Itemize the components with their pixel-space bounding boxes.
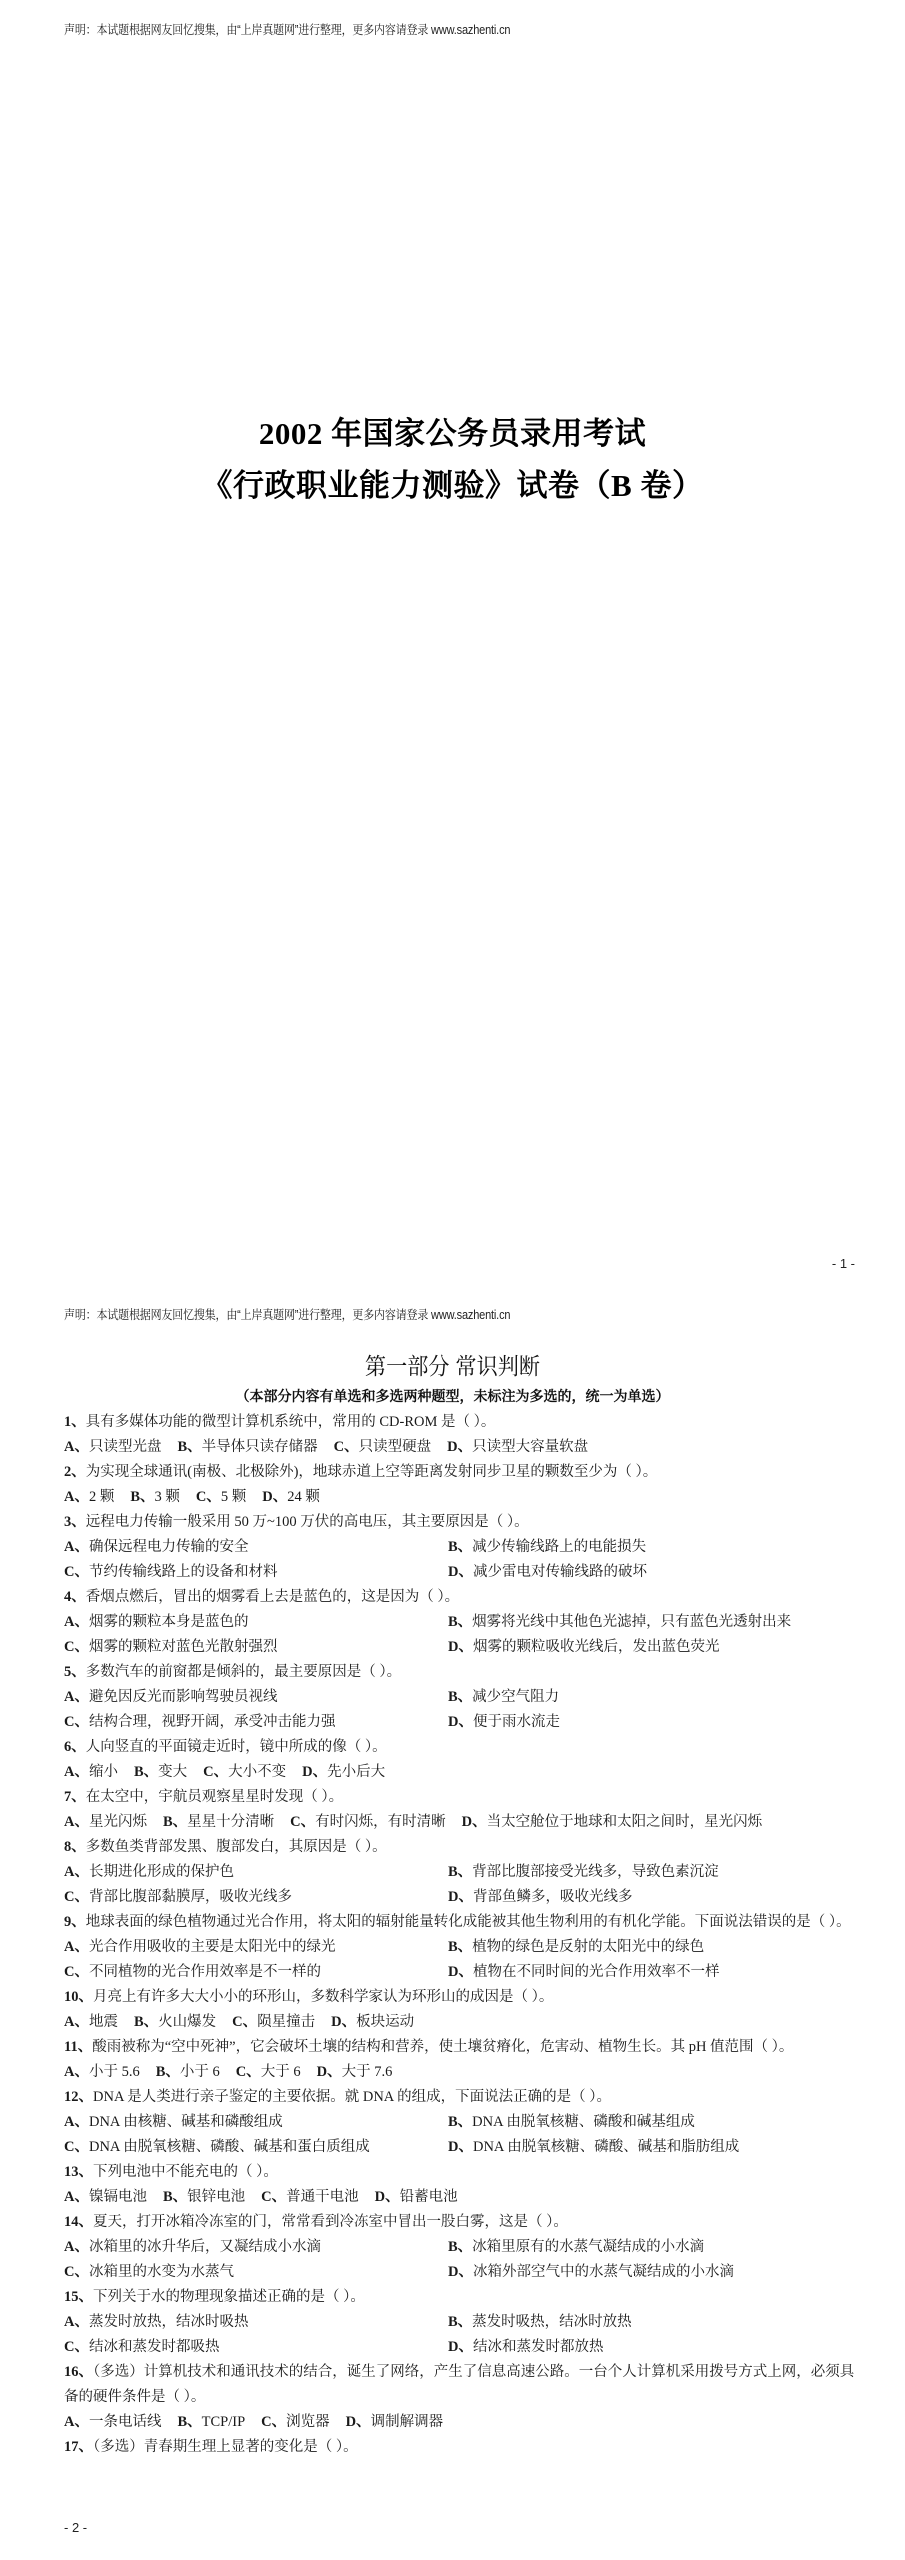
answer-option: A、星光闪烁 bbox=[64, 1810, 147, 1835]
option-text: 冰箱里原有的水蒸气凝结成的小水滴 bbox=[472, 2239, 704, 2255]
question-text: （多选）青春期生理上显著的变化是（ ）。 bbox=[93, 2439, 358, 2455]
option-letter: A、 bbox=[64, 2414, 89, 2430]
option-letter: B、 bbox=[448, 2239, 472, 2255]
question-number: 1、 bbox=[64, 1414, 86, 1430]
option-letter: C、 bbox=[64, 2264, 89, 2280]
option-letter: B、 bbox=[177, 1439, 201, 1455]
answer-option: D、先小后大 bbox=[302, 1760, 385, 1785]
answer-option: B、减少传输线路上的电能损失 bbox=[448, 1535, 832, 1560]
option-text: 调制解调器 bbox=[371, 2414, 444, 2430]
option-text: TCP/IP bbox=[202, 2414, 246, 2430]
question-stem: 10、月亮上有许多大大小小的环形山，多数科学家认为环形山的成因是（ ）。 bbox=[64, 1985, 864, 2010]
option-text: 星星十分清晰 bbox=[187, 1814, 274, 1830]
page-header-disclaimer: 声明：本试题根据网友回忆搜集，由“上岸真题网”进行整理，更多内容请登录 www.… bbox=[64, 1305, 510, 1323]
question-text: DNA 是人类进行亲子鉴定的主要依据。就 DNA 的组成，下面说法正确的是（ ）… bbox=[93, 2089, 611, 2105]
question-number: 5、 bbox=[64, 1664, 86, 1680]
option-text: 先小后大 bbox=[327, 1764, 385, 1780]
option-text: 大于 7.6 bbox=[342, 2064, 393, 2080]
answer-option: C、背部比腹部黏膜厚，吸收光线多 bbox=[64, 1885, 448, 1910]
option-text: 背部比腹部黏膜厚，吸收光线多 bbox=[89, 1889, 292, 1905]
option-text: 结冰和蒸发时都放热 bbox=[473, 2339, 604, 2355]
question-text: 多数鱼类背部发黑、腹部发白，其原因是（ ）。 bbox=[86, 1839, 387, 1855]
question-stem: 5、多数汽车的前窗都是倾斜的，最主要原因是（ ）。 bbox=[64, 1660, 864, 1685]
answer-option: D、背部鱼鳞多，吸收光线多 bbox=[448, 1885, 832, 1910]
answer-option: D、减少雷电对传输线路的破坏 bbox=[448, 1560, 832, 1585]
question-stem: 13、下列电池中不能充电的（ ）。 bbox=[64, 2160, 864, 2185]
answer-option: C、普通干电池 bbox=[261, 2185, 358, 2210]
question-text: 月亮上有许多大大小小的环形山，多数科学家认为环形山的成因是（ ）。 bbox=[93, 1989, 553, 2005]
option-text: 只读型硬盘 bbox=[359, 1439, 432, 1455]
option-text: 冰箱里的水变为水蒸气 bbox=[89, 2264, 234, 2280]
option-text: DNA 由脱氧核糖、磷酸和碱基组成 bbox=[472, 2114, 695, 2130]
question-number: 11、 bbox=[64, 2039, 92, 2055]
answer-option: A、只读型光盘 bbox=[64, 1435, 161, 1460]
answer-option: A、2 颗 bbox=[64, 1485, 114, 1510]
option-letter: D、 bbox=[331, 2014, 356, 2030]
question-stem: 8、多数鱼类背部发黑、腹部发白，其原因是（ ）。 bbox=[64, 1835, 864, 1860]
option-letter: B、 bbox=[177, 2414, 201, 2430]
option-letter: D、 bbox=[448, 1889, 473, 1905]
option-letter: A、 bbox=[64, 1614, 89, 1630]
option-letter: C、 bbox=[334, 1439, 359, 1455]
option-text: 有时闪烁，有时清晰 bbox=[315, 1814, 446, 1830]
option-letter: D、 bbox=[448, 1639, 473, 1655]
question-text: 下列电池中不能充电的（ ）。 bbox=[93, 2164, 278, 2180]
answer-option: C、浏览器 bbox=[261, 2410, 329, 2435]
option-letter: B、 bbox=[448, 1864, 472, 1880]
answer-option: B、星星十分清晰 bbox=[163, 1810, 274, 1835]
question-stem: 16、（多选）计算机技术和通讯技术的结合，诞生了网络，产生了信息高速公路。一台个… bbox=[64, 2360, 864, 2410]
option-letter: D、 bbox=[448, 2264, 473, 2280]
option-letter: C、 bbox=[196, 1489, 221, 1505]
answer-option: C、节约传输线路上的设备和材料 bbox=[64, 1560, 448, 1585]
option-letter: C、 bbox=[64, 1889, 89, 1905]
answer-option: D、植物在不同时间的光合作用效率不一样 bbox=[448, 1960, 832, 1985]
options-row: C、背部比腹部黏膜厚，吸收光线多D、背部鱼鳞多，吸收光线多 bbox=[64, 1885, 864, 1910]
option-letter: D、 bbox=[262, 1489, 287, 1505]
question-number: 14、 bbox=[64, 2214, 93, 2230]
option-text: 24 颗 bbox=[287, 1489, 320, 1505]
option-text: 镍镉电池 bbox=[89, 2189, 147, 2205]
option-letter: B、 bbox=[134, 1764, 158, 1780]
answer-option: A、冰箱里的冰升华后，又凝结成小水滴 bbox=[64, 2235, 448, 2260]
option-letter: B、 bbox=[134, 2014, 158, 2030]
option-text: 普通干电池 bbox=[286, 2189, 359, 2205]
option-text: 地震 bbox=[89, 2014, 118, 2030]
answer-option: A、缩小 bbox=[64, 1760, 118, 1785]
question-number: 16、 bbox=[64, 2364, 93, 2380]
option-letter: A、 bbox=[64, 1489, 89, 1505]
option-letter: D、 bbox=[448, 2139, 473, 2155]
option-letter: A、 bbox=[64, 1939, 89, 1955]
options-row: C、烟雾的颗粒对蓝色光散射强烈D、烟雾的颗粒吸收光线后，发出蓝色荧光 bbox=[64, 1635, 864, 1660]
answer-option: A、长期进化形成的保护色 bbox=[64, 1860, 448, 1885]
option-text: 当太空舱位于地球和太阳之间时，星光闪烁 bbox=[487, 1814, 763, 1830]
options-row: A、地震B、火山爆发C、陨星撞击D、板块运动 bbox=[64, 2010, 864, 2035]
question-number: 7、 bbox=[64, 1789, 86, 1805]
option-text: 烟雾将光线中其他色光滤掉，只有蓝色光透射出来 bbox=[472, 1614, 791, 1630]
option-text: 植物在不同时间的光合作用效率不一样 bbox=[473, 1964, 720, 1980]
answer-option: C、结冰和蒸发时都吸热 bbox=[64, 2335, 448, 2360]
answer-option: A、避免因反光而影响驾驶员视线 bbox=[64, 1685, 448, 1710]
options-row: C、节约传输线路上的设备和材料D、减少雷电对传输线路的破坏 bbox=[64, 1560, 864, 1585]
answer-option: C、只读型硬盘 bbox=[334, 1435, 431, 1460]
option-letter: A、 bbox=[64, 2064, 89, 2080]
answer-option: D、铅蓄电池 bbox=[375, 2185, 458, 2210]
option-text: 背部鱼鳞多，吸收光线多 bbox=[473, 1889, 633, 1905]
answer-option: A、一条电话线 bbox=[64, 2410, 161, 2435]
option-letter: C、 bbox=[64, 2139, 89, 2155]
option-letter: A、 bbox=[64, 2239, 89, 2255]
option-text: 星光闪烁 bbox=[89, 1814, 147, 1830]
option-text: 烟雾的颗粒吸收光线后，发出蓝色荧光 bbox=[473, 1639, 720, 1655]
option-letter: D、 bbox=[346, 2414, 371, 2430]
option-text: 减少雷电对传输线路的破坏 bbox=[473, 1564, 647, 1580]
option-text: 冰箱外部空气中的水蒸气凝结成的小水滴 bbox=[473, 2264, 734, 2280]
option-letter: B、 bbox=[448, 1539, 472, 1555]
question-number: 10、 bbox=[64, 1989, 93, 2005]
question-number: 17、 bbox=[64, 2439, 93, 2455]
answer-option: D、DNA 由脱氧核糖、磷酸、碱基和脂肪组成 bbox=[448, 2135, 832, 2160]
answer-option: B、减少空气阻力 bbox=[448, 1685, 832, 1710]
page-1: 声明：本试题根据网友回忆搜集，由“上岸真题网”进行整理，更多内容请登录 www.… bbox=[0, 0, 905, 1290]
answer-option: B、植物的绿色是反射的太阳光中的绿色 bbox=[448, 1935, 832, 1960]
section-subtitle: （本部分内容有单选和多选两种题型，未标注为多选的，统一为单选） bbox=[0, 1386, 905, 1406]
option-letter: B、 bbox=[130, 1489, 154, 1505]
option-letter: B、 bbox=[448, 2114, 472, 2130]
option-letter: B、 bbox=[163, 1814, 187, 1830]
option-letter: B、 bbox=[448, 1689, 472, 1705]
option-text: 结构合理，视野开阔，承受冲击能力强 bbox=[89, 1714, 336, 1730]
option-text: 背部比腹部接受光线多，导致色素沉淀 bbox=[472, 1864, 719, 1880]
options-row: A、确保远程电力传输的安全B、减少传输线路上的电能损失 bbox=[64, 1535, 864, 1560]
answer-option: D、当太空舱位于地球和太阳之间时，星光闪烁 bbox=[462, 1810, 762, 1835]
options-row: A、小于 5.6B、小于 6C、大于 6D、大于 7.6 bbox=[64, 2060, 864, 2085]
option-letter: C、 bbox=[64, 2339, 89, 2355]
options-row: A、烟雾的颗粒本身是蓝色的B、烟雾将光线中其他色光滤掉，只有蓝色光透射出来 bbox=[64, 1610, 864, 1635]
option-text: 冰箱里的冰升华后，又凝结成小水滴 bbox=[89, 2239, 321, 2255]
question-stem: 14、夏天，打开冰箱冷冻室的门，常常看到冷冻室中冒出一股白雾，这是（ ）。 bbox=[64, 2210, 864, 2235]
answer-option: D、只读型大容量软盘 bbox=[447, 1435, 588, 1460]
option-letter: C、 bbox=[232, 2014, 257, 2030]
question-text: 下列关于水的物理现象描述正确的是（ ）。 bbox=[93, 2289, 365, 2305]
question-text: 具有多媒体功能的微型计算机系统中，常用的 CD-ROM 是（ ）。 bbox=[86, 1414, 496, 1430]
option-letter: A、 bbox=[64, 1864, 89, 1880]
option-text: 板块运动 bbox=[356, 2014, 414, 2030]
option-text: DNA 由脱氧核糖、磷酸、碱基和蛋白质组成 bbox=[89, 2139, 370, 2155]
answer-option: A、镍镉电池 bbox=[64, 2185, 147, 2210]
option-letter: A、 bbox=[64, 1439, 89, 1455]
answer-option: A、地震 bbox=[64, 2010, 118, 2035]
option-letter: D、 bbox=[448, 2339, 473, 2355]
option-letter: C、 bbox=[64, 1714, 89, 1730]
options-row: A、星光闪烁B、星星十分清晰C、有时闪烁，有时清晰D、当太空舱位于地球和太阳之间… bbox=[64, 1810, 864, 1835]
option-letter: D、 bbox=[302, 1764, 327, 1780]
question-number: 8、 bbox=[64, 1839, 86, 1855]
option-text: 光合作用吸收的主要是太阳光中的绿光 bbox=[89, 1939, 336, 1955]
option-letter: A、 bbox=[64, 2189, 89, 2205]
option-text: DNA 由脱氧核糖、磷酸、碱基和脂肪组成 bbox=[473, 2139, 739, 2155]
options-row: A、缩小B、变大C、大小不变D、先小后大 bbox=[64, 1760, 864, 1785]
option-text: 浏览器 bbox=[286, 2414, 330, 2430]
option-text: 半导体只读存储器 bbox=[202, 1439, 318, 1455]
answer-option: B、TCP/IP bbox=[177, 2410, 245, 2435]
question-stem: 2、为实现全球通讯(南极、北极除外)，地球赤道上空等距离发射同步卫星的颗数至少为… bbox=[64, 1460, 864, 1485]
options-row: A、2 颗B、3 颗C、5 颗D、24 颗 bbox=[64, 1485, 864, 1510]
option-text: 大小不变 bbox=[228, 1764, 286, 1780]
answer-option: D、冰箱外部空气中的水蒸气凝结成的小水滴 bbox=[448, 2260, 832, 2285]
answer-option: A、烟雾的颗粒本身是蓝色的 bbox=[64, 1610, 448, 1635]
question-stem: 11、酸雨被称为“空中死神”，它会破坏土壤的结构和营养，使土壤贫瘠化，危害动、植… bbox=[64, 2035, 864, 2060]
question-stem: 6、人向竖直的平面镜走近时，镜中所成的像（ ）。 bbox=[64, 1735, 864, 1760]
question-stem: 17、（多选）青春期生理上显著的变化是（ ）。 bbox=[64, 2435, 864, 2460]
answer-option: C、大于 6 bbox=[236, 2060, 301, 2085]
title-line-1: 2002 年国家公务员录用考试 bbox=[0, 408, 905, 460]
option-letter: D、 bbox=[462, 1814, 487, 1830]
option-text: 小于 6 bbox=[180, 2064, 220, 2080]
question-stem: 3、远程电力传输一般采用 50 万~100 万伏的高电压，其主要原因是（ ）。 bbox=[64, 1510, 864, 1535]
option-text: 缩小 bbox=[89, 1764, 118, 1780]
question-text: 香烟点燃后，冒出的烟雾看上去是蓝色的，这是因为（ ）。 bbox=[86, 1589, 459, 1605]
options-row: C、DNA 由脱氧核糖、磷酸、碱基和蛋白质组成D、DNA 由脱氧核糖、磷酸、碱基… bbox=[64, 2135, 864, 2160]
options-row: C、不同植物的光合作用效率是不一样的D、植物在不同时间的光合作用效率不一样 bbox=[64, 1960, 864, 1985]
options-row: A、避免因反光而影响驾驶员视线B、减少空气阻力 bbox=[64, 1685, 864, 1710]
option-letter: B、 bbox=[448, 1614, 472, 1630]
question-stem: 7、在太空中，宇航员观察星星时发现（ ）。 bbox=[64, 1785, 864, 1810]
option-text: 减少传输线路上的电能损失 bbox=[472, 1539, 646, 1555]
option-letter: A、 bbox=[64, 2314, 89, 2330]
question-number: 4、 bbox=[64, 1589, 86, 1605]
option-text: 蒸发时放热，结冰时吸热 bbox=[89, 2314, 249, 2330]
answer-option: A、DNA 由核糖、碱基和磷酸组成 bbox=[64, 2110, 448, 2135]
section-title: 第一部分 常识判断 bbox=[36, 1348, 869, 1381]
question-text: （多选）计算机技术和通讯技术的结合，诞生了网络，产生了信息高速公路。一台个人计算… bbox=[64, 2364, 854, 2405]
question-text: 多数汽车的前窗都是倾斜的，最主要原因是（ ）。 bbox=[86, 1664, 401, 1680]
answer-option: B、银锌电池 bbox=[163, 2185, 245, 2210]
option-text: 小于 5.6 bbox=[89, 2064, 140, 2080]
answer-option: D、大于 7.6 bbox=[317, 2060, 393, 2085]
answer-option: C、冰箱里的水变为水蒸气 bbox=[64, 2260, 448, 2285]
option-letter: D、 bbox=[448, 1564, 473, 1580]
option-text: 植物的绿色是反射的太阳光中的绿色 bbox=[472, 1939, 704, 1955]
option-letter: C、 bbox=[261, 2189, 286, 2205]
answer-option: C、5 颗 bbox=[196, 1485, 246, 1510]
options-row: A、蒸发时放热，结冰时吸热B、蒸发时吸热，结冰时放热 bbox=[64, 2310, 864, 2335]
question-number: 12、 bbox=[64, 2089, 93, 2105]
option-letter: B、 bbox=[163, 2189, 187, 2205]
answer-option: D、调制解调器 bbox=[346, 2410, 443, 2435]
option-letter: B、 bbox=[156, 2064, 180, 2080]
option-text: 便于雨水流走 bbox=[473, 1714, 560, 1730]
question-number: 15、 bbox=[64, 2289, 93, 2305]
answer-option: B、冰箱里原有的水蒸气凝结成的小水滴 bbox=[448, 2235, 832, 2260]
page-number: - 1 - bbox=[832, 1256, 855, 1271]
answer-option: B、变大 bbox=[134, 1760, 187, 1785]
option-letter: C、 bbox=[64, 1564, 89, 1580]
option-letter: C、 bbox=[236, 2064, 261, 2080]
question-stem: 15、下列关于水的物理现象描述正确的是（ ）。 bbox=[64, 2285, 864, 2310]
question-stem: 12、DNA 是人类进行亲子鉴定的主要依据。就 DNA 的组成，下面说法正确的是… bbox=[64, 2085, 864, 2110]
answer-option: B、小于 6 bbox=[156, 2060, 220, 2085]
answer-option: B、蒸发时吸热，结冰时放热 bbox=[448, 2310, 832, 2335]
page-header-disclaimer: 声明：本试题根据网友回忆搜集，由“上岸真题网”进行整理，更多内容请登录 www.… bbox=[64, 20, 510, 38]
question-stem: 9、地球表面的绿色植物通过光合作用，将太阳的辐射能量转化成能被其他生物利用的有机… bbox=[64, 1910, 864, 1935]
option-text: 烟雾的颗粒本身是蓝色的 bbox=[89, 1614, 249, 1630]
answer-option: B、DNA 由脱氧核糖、磷酸和碱基组成 bbox=[448, 2110, 832, 2135]
option-text: 铅蓄电池 bbox=[400, 2189, 458, 2205]
question-text: 远程电力传输一般采用 50 万~100 万伏的高电压，其主要原因是（ ）。 bbox=[86, 1514, 529, 1530]
answer-option: D、便于雨水流走 bbox=[448, 1710, 832, 1735]
answer-option: A、光合作用吸收的主要是太阳光中的绿光 bbox=[64, 1935, 448, 1960]
option-text: 火山爆发 bbox=[158, 2014, 216, 2030]
answer-option: B、烟雾将光线中其他色光滤掉，只有蓝色光透射出来 bbox=[448, 1610, 832, 1635]
option-text: 避免因反光而影响驾驶员视线 bbox=[89, 1689, 278, 1705]
option-text: 蒸发时吸热，结冰时放热 bbox=[472, 2314, 632, 2330]
option-letter: A、 bbox=[64, 2114, 89, 2130]
option-text: 只读型大容量软盘 bbox=[472, 1439, 588, 1455]
question-stem: 4、香烟点燃后，冒出的烟雾看上去是蓝色的，这是因为（ ）。 bbox=[64, 1585, 864, 1610]
option-letter: D、 bbox=[448, 1964, 473, 1980]
answer-option: D、结冰和蒸发时都放热 bbox=[448, 2335, 832, 2360]
option-letter: C、 bbox=[64, 1639, 89, 1655]
option-letter: A、 bbox=[64, 2014, 89, 2030]
option-text: 节约传输线路上的设备和材料 bbox=[89, 1564, 278, 1580]
option-text: 结冰和蒸发时都吸热 bbox=[89, 2339, 220, 2355]
answer-option: D、24 颗 bbox=[262, 1485, 320, 1510]
options-row: A、一条电话线B、TCP/IPC、浏览器D、调制解调器 bbox=[64, 2410, 864, 2435]
document-title: 2002 年国家公务员录用考试 《行政职业能力测验》试卷（B 卷） bbox=[0, 408, 905, 512]
option-letter: A、 bbox=[64, 1539, 89, 1555]
answer-option: C、不同植物的光合作用效率是不一样的 bbox=[64, 1960, 448, 1985]
option-text: 陨星撞击 bbox=[257, 2014, 315, 2030]
question-number: 6、 bbox=[64, 1739, 86, 1755]
options-row: A、DNA 由核糖、碱基和磷酸组成B、DNA 由脱氧核糖、磷酸和碱基组成 bbox=[64, 2110, 864, 2135]
option-letter: B、 bbox=[448, 2314, 472, 2330]
question-number: 9、 bbox=[64, 1914, 86, 1930]
option-letter: A、 bbox=[64, 1814, 89, 1830]
option-text: DNA 由核糖、碱基和磷酸组成 bbox=[89, 2114, 283, 2130]
answer-option: C、烟雾的颗粒对蓝色光散射强烈 bbox=[64, 1635, 448, 1660]
answer-option: C、DNA 由脱氧核糖、磷酸、碱基和蛋白质组成 bbox=[64, 2135, 448, 2160]
options-row: C、冰箱里的水变为水蒸气D、冰箱外部空气中的水蒸气凝结成的小水滴 bbox=[64, 2260, 864, 2285]
option-text: 变大 bbox=[158, 1764, 187, 1780]
option-letter: C、 bbox=[64, 1964, 89, 1980]
option-text: 银锌电池 bbox=[187, 2189, 245, 2205]
option-text: 确保远程电力传输的安全 bbox=[89, 1539, 249, 1555]
title-line-2: 《行政职业能力测验》试卷（B 卷） bbox=[0, 460, 905, 512]
answer-option: B、3 颗 bbox=[130, 1485, 180, 1510]
question-number: 2、 bbox=[64, 1464, 86, 1480]
option-letter: D、 bbox=[448, 1714, 473, 1730]
question-number: 13、 bbox=[64, 2164, 93, 2180]
answer-option: D、板块运动 bbox=[331, 2010, 414, 2035]
options-row: A、光合作用吸收的主要是太阳光中的绿光B、植物的绿色是反射的太阳光中的绿色 bbox=[64, 1935, 864, 1960]
option-letter: D、 bbox=[375, 2189, 400, 2205]
option-text: 一条电话线 bbox=[89, 2414, 162, 2430]
option-text: 只读型光盘 bbox=[89, 1439, 162, 1455]
answer-option: D、烟雾的颗粒吸收光线后，发出蓝色荧光 bbox=[448, 1635, 832, 1660]
answer-option: A、蒸发时放热，结冰时吸热 bbox=[64, 2310, 448, 2335]
option-text: 2 颗 bbox=[89, 1489, 114, 1505]
answer-option: C、有时闪烁，有时清晰 bbox=[290, 1810, 445, 1835]
option-letter: C、 bbox=[203, 1764, 228, 1780]
option-letter: C、 bbox=[290, 1814, 315, 1830]
answer-option: C、大小不变 bbox=[203, 1760, 286, 1785]
options-row: A、冰箱里的冰升华后，又凝结成小水滴B、冰箱里原有的水蒸气凝结成的小水滴 bbox=[64, 2235, 864, 2260]
option-text: 大于 6 bbox=[261, 2064, 301, 2080]
question-stem: 1、具有多媒体功能的微型计算机系统中，常用的 CD-ROM 是（ ）。 bbox=[64, 1410, 864, 1435]
options-row: C、结构合理，视野开阔，承受冲击能力强D、便于雨水流走 bbox=[64, 1710, 864, 1735]
answer-option: C、结构合理，视野开阔，承受冲击能力强 bbox=[64, 1710, 448, 1735]
option-letter: D、 bbox=[447, 1439, 472, 1455]
question-text: 人向竖直的平面镜走近时，镜中所成的像（ ）。 bbox=[86, 1739, 387, 1755]
option-text: 减少空气阻力 bbox=[472, 1689, 559, 1705]
question-text: 酸雨被称为“空中死神”，它会破坏土壤的结构和营养，使土壤贫瘠化，危害动、植物生长… bbox=[92, 2039, 793, 2055]
answer-option: C、陨星撞击 bbox=[232, 2010, 315, 2035]
page-number: - 2 - bbox=[64, 2520, 87, 2535]
option-letter: B、 bbox=[448, 1939, 472, 1955]
question-text: 为实现全球通讯(南极、北极除外)，地球赤道上空等距离发射同步卫星的颗数至少为（ … bbox=[86, 1464, 658, 1480]
option-letter: A、 bbox=[64, 1689, 89, 1705]
question-text: 地球表面的绿色植物通过光合作用，将太阳的辐射能量转化成能被其他生物利用的有机化学… bbox=[86, 1914, 851, 1930]
option-text: 长期进化形成的保护色 bbox=[89, 1864, 234, 1880]
answer-option: A、小于 5.6 bbox=[64, 2060, 140, 2085]
answer-option: B、背部比腹部接受光线多，导致色素沉淀 bbox=[448, 1860, 832, 1885]
question-list: 1、具有多媒体功能的微型计算机系统中，常用的 CD-ROM 是（ ）。A、只读型… bbox=[64, 1410, 864, 2460]
option-text: 3 颗 bbox=[155, 1489, 180, 1505]
option-text: 不同植物的光合作用效率是不一样的 bbox=[89, 1964, 321, 1980]
page-2: 声明：本试题根据网友回忆搜集，由“上岸真题网”进行整理，更多内容请登录 www.… bbox=[0, 1290, 905, 2560]
answer-option: A、确保远程电力传输的安全 bbox=[64, 1535, 448, 1560]
option-text: 5 颗 bbox=[221, 1489, 246, 1505]
options-row: A、长期进化形成的保护色B、背部比腹部接受光线多，导致色素沉淀 bbox=[64, 1860, 864, 1885]
answer-option: B、火山爆发 bbox=[134, 2010, 216, 2035]
option-text: 烟雾的颗粒对蓝色光散射强烈 bbox=[89, 1639, 278, 1655]
question-text: 夏天，打开冰箱冷冻室的门，常常看到冷冻室中冒出一股白雾，这是（ ）。 bbox=[93, 2214, 568, 2230]
question-number: 3、 bbox=[64, 1514, 86, 1530]
option-letter: C、 bbox=[261, 2414, 286, 2430]
answer-option: B、半导体只读存储器 bbox=[177, 1435, 317, 1460]
options-row: A、镍镉电池B、银锌电池C、普通干电池D、铅蓄电池 bbox=[64, 2185, 864, 2210]
option-letter: D、 bbox=[317, 2064, 342, 2080]
question-text: 在太空中，宇航员观察星星时发现（ ）。 bbox=[86, 1789, 343, 1805]
options-row: A、只读型光盘B、半导体只读存储器C、只读型硬盘D、只读型大容量软盘 bbox=[64, 1435, 864, 1460]
option-letter: A、 bbox=[64, 1764, 89, 1780]
options-row: C、结冰和蒸发时都吸热D、结冰和蒸发时都放热 bbox=[64, 2335, 864, 2360]
